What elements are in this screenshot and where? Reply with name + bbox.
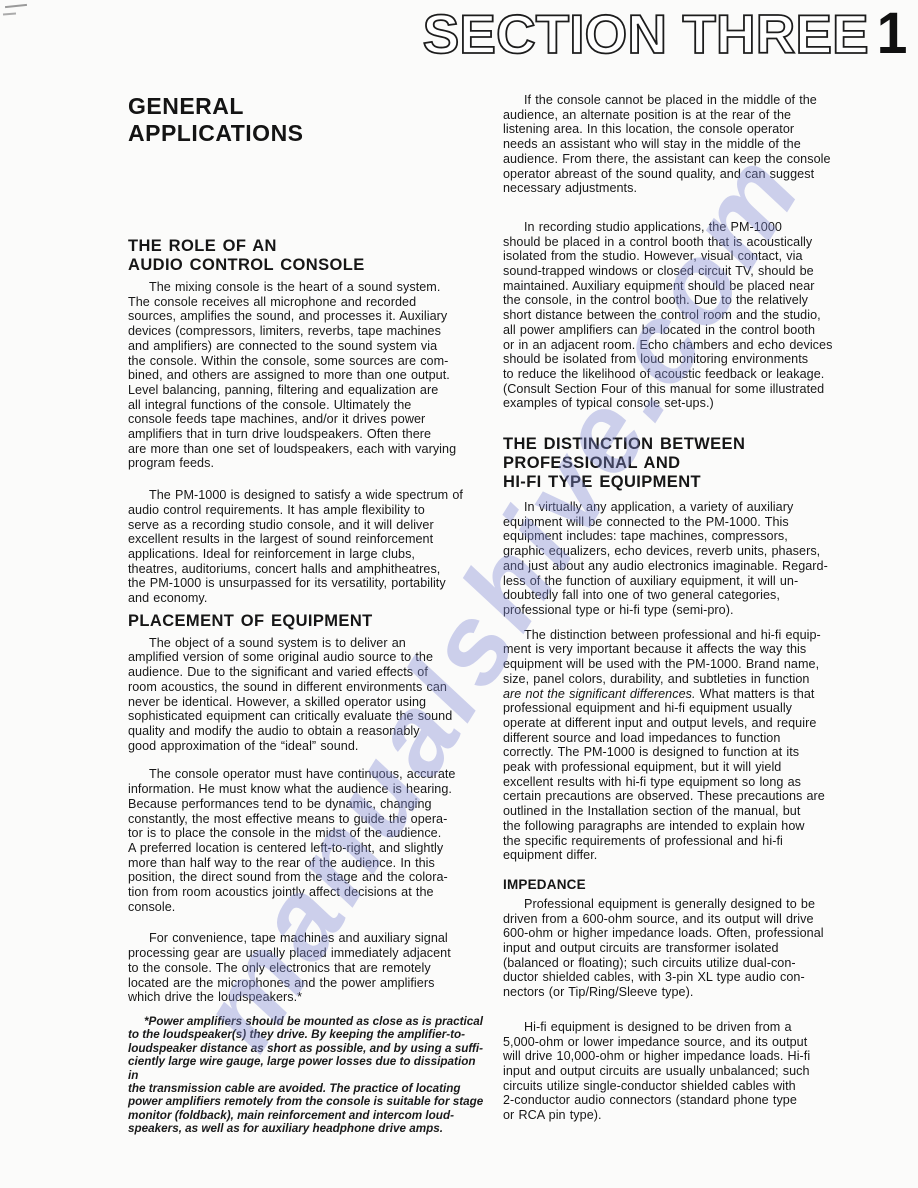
page-title: GENERAL APPLICATIONS [128,93,484,147]
heading-impedance: IMPEDANCE [503,877,875,893]
heading-role-of-console: THE ROLE OF AN AUDIO CONTROL CONSOLE [128,237,484,275]
section-title: SECTION THREE [423,6,869,62]
page-number: 1 [877,6,908,62]
right-column: If the console cannot be placed in the m… [503,93,875,1123]
distinction-italic-phrase: are not the significant differences. [503,687,696,701]
heading-distinction: THE DISTINCTION BETWEEN PROFESSIONAL AND… [503,435,875,492]
footnote-power-amplifiers: *Power amplifiers should be mounted as c… [128,1015,484,1136]
paragraph-hifi-impedance: Hi-fi equipment is designed to be driven… [503,1020,875,1123]
page-header: SECTION THREE 1 [423,6,908,62]
left-column: GENERAL APPLICATIONS THE ROLE OF AN AUDI… [128,93,484,1136]
scan-artifact [5,4,27,8]
distinction-post-text: What matters is that professional equipm… [503,687,825,863]
heading-placement-of-equipment: PLACEMENT OF EQUIPMENT [128,612,484,631]
scan-artifact [3,13,16,16]
paragraph-console-operator: The console operator must have continuou… [128,767,484,914]
paragraph-convenience: For convenience, tape machines and auxil… [128,931,484,1005]
paragraph-auxiliary-equipment: In virtually any application, a variety … [503,500,875,618]
paragraph-alternate-position: If the console cannot be placed in the m… [503,93,875,196]
paragraph-professional-impedance: Professional equipment is generally desi… [503,897,875,1000]
paragraph-pm1000-design: The PM-1000 is designed to satisfy a wid… [128,488,484,606]
paragraph-sound-system-object: The object of a sound system is to deliv… [128,636,484,754]
distinction-pre-text: The distinction between professional and… [503,628,821,686]
paragraph-recording-studio: In recording studio applications, the PM… [503,220,875,411]
manual-page: SECTION THREE 1 manualshive.com GENERAL … [0,0,918,1188]
paragraph-distinction-detail: The distinction between professional and… [503,628,875,863]
paragraph-mixing-console: The mixing console is the heart of a sou… [128,280,484,471]
